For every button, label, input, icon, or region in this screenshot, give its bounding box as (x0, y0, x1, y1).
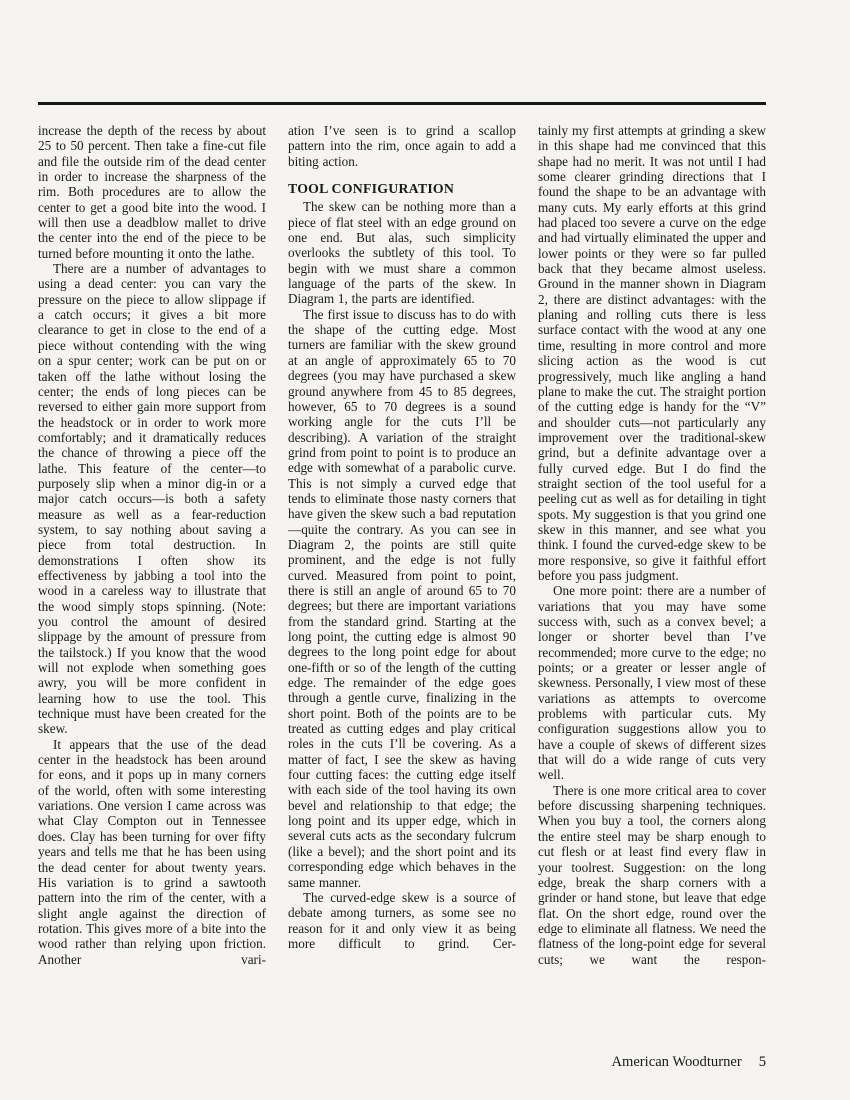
article-body: increase the depth of the recess by abou… (38, 123, 766, 1053)
paragraph: The first issue to discuss has to do wit… (288, 307, 516, 890)
text-column-3: tainly my first attempts at grinding a s… (538, 123, 766, 1053)
text-column-2: ation I’ve seen is to grind a scallop pa… (288, 123, 516, 1053)
paragraph: One more point: there are a number of va… (538, 583, 766, 782)
paragraph-continued: increase the depth of the recess by abou… (38, 123, 266, 261)
paragraph-continued: tainly my first attempts at grinding a s… (538, 123, 766, 583)
header-rule-divider (38, 102, 766, 105)
paragraph: The skew can be nothing more than a piec… (288, 199, 516, 306)
page-footer: American Woodturner5 (38, 1054, 766, 1071)
paragraph: There are a number of advantages to usin… (38, 261, 266, 737)
text-column-1: increase the depth of the recess by abou… (38, 123, 266, 1053)
section-heading-tool-configuration: TOOL CONFIGURATION (288, 181, 516, 196)
paragraph: The curved-edge skew is a source of deba… (288, 890, 516, 951)
page-number: 5 (759, 1054, 766, 1071)
paragraph: There is one more critical area to cover… (538, 783, 766, 967)
paragraph: It appears that the use of the dead cent… (38, 737, 266, 967)
journal-title: American Woodturner (611, 1054, 741, 1070)
paragraph-continued: ation I’ve seen is to grind a scallop pa… (288, 123, 516, 169)
magazine-page: increase the depth of the recess by abou… (0, 0, 850, 1100)
